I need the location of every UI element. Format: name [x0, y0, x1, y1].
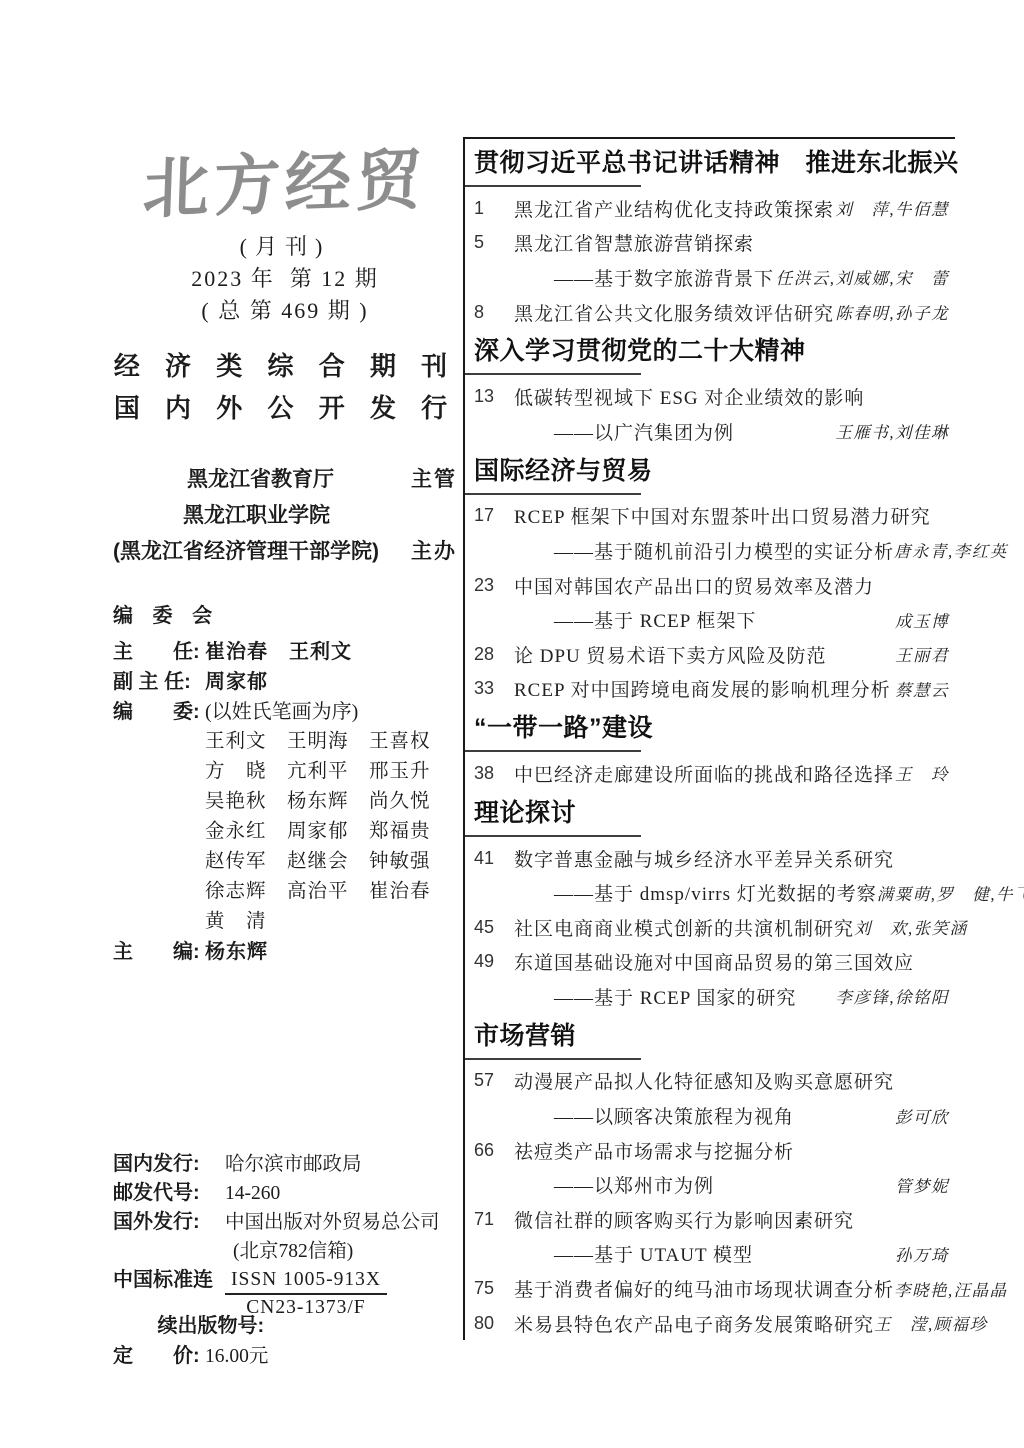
- toc-section-entries: 17 RCEP 框架下中国对东盟茶叶出口贸易潜力研究 ——基于随机前沿引力模型的…: [474, 499, 949, 707]
- toc-entry-title: ——以广汽集团为例: [514, 418, 734, 445]
- editorial-member-name: 钟敏强: [369, 847, 451, 877]
- toc-entry-title: ——基于 RCEP 国家的研究: [514, 983, 796, 1010]
- toc-entry: ——基于随机前沿引力模型的实证分析 唐永青,李红英: [474, 533, 949, 568]
- price-label: 定 价:: [113, 1342, 205, 1371]
- toc-entry-title: 黑龙江省公共文化服务绩效评估研究: [514, 299, 834, 326]
- editorial-members-note: (以姓氏笔画为序): [205, 697, 358, 727]
- toc-entry: 41 数字普惠金融与城乡经济水平差异关系研究: [474, 841, 949, 876]
- toc-entry: ——基于 UTAUT 模型 孙万琦: [474, 1237, 949, 1272]
- organizer-alt-row: (黑龙江省经济管理干部学院) 主办: [113, 534, 457, 570]
- toc-section-underline: [465, 487, 641, 495]
- toc-entry: 23 中国对韩国农产品出口的贸易效率及潜力: [474, 568, 949, 603]
- toc-entry-authors: 王雁书,刘佳琳: [835, 419, 949, 443]
- toc-entry: 33 RCEP 对中国跨境电商发展的影响机理分析 蔡慧云: [474, 672, 949, 707]
- toc-entry-authors: 任洪云,刘威娜,宋 蕾: [776, 265, 949, 289]
- editorial-members-row: 编 委: (以姓氏笔画为序): [113, 697, 457, 727]
- postal-code-label: 邮发代号:: [113, 1179, 225, 1208]
- editorial-member-name: 金永红: [205, 817, 287, 847]
- toc-entry-title: 低碳转型视域下 ESG 对企业绩效的影响: [514, 383, 864, 410]
- toc-entry: 80 米易县特色农产品电子商务发展策略研究 王 滢,顾福珍: [474, 1306, 949, 1341]
- editorial-member-name: 高治平: [287, 877, 369, 907]
- toc-entry-authors: 刘 萍,牛佰慧: [835, 196, 949, 220]
- toc-entry-title: ——基于随机前沿引力模型的实证分析: [514, 537, 894, 564]
- toc-entry: ——基于 RCEP 框架下 成玉博: [474, 602, 949, 637]
- toc-entry-page-number: 75: [474, 1278, 514, 1299]
- toc-entry-authors: 蔡慧云: [895, 677, 949, 701]
- toc-entry-authors: 王 滢,顾福珍: [874, 1311, 988, 1335]
- journal-logo: 北方经贸: [111, 130, 458, 238]
- domestic-distribution-label: 国内发行:: [113, 1150, 225, 1179]
- editorial-member-row: 赵传军赵继会钟敏强: [205, 847, 457, 877]
- toc-entry-title: 中巴经济走廊建设所面临的挑战和路径选择: [514, 760, 894, 787]
- toc-entry-page-number: 71: [474, 1209, 514, 1230]
- editorial-deputy-label: 副 主 任:: [113, 667, 205, 697]
- editorial-member-name: 郑福贵: [369, 817, 451, 847]
- organizer-alt-name: (黑龙江省经济管理干部学院): [113, 534, 379, 570]
- toc-entry-title: ——基于 RCEP 框架下: [514, 606, 756, 633]
- toc-entry-title: ——基于 UTAUT 模型: [514, 1240, 753, 1267]
- editorial-member-row: 王利文王明海王喜权: [205, 727, 457, 757]
- toc-section-entries: 13 低碳转型视域下 ESG 对企业绩效的影响 ——以广汽集团为例 王雁书,刘佳…: [474, 379, 949, 448]
- editorial-member-name: 周家郁: [287, 817, 369, 847]
- toc-section-underline: [465, 744, 641, 752]
- foreign-distribution-label: 国外发行:: [113, 1208, 225, 1237]
- postal-code-row: 邮发代号: 14-260: [113, 1179, 457, 1208]
- toc-entry-title: 米易县特色农产品电子商务发展策略研究: [514, 1310, 874, 1337]
- toc-section-entries: 38 中巴经济走廊建设所面临的挑战和路径选择 王 玲: [474, 756, 949, 791]
- toc-entry-authors: 管梦妮: [895, 1173, 949, 1197]
- organizer-row: 黑龙江职业学院: [113, 498, 457, 534]
- toc-section: 理论探讨 41 数字普惠金融与城乡经济水平差异关系研究 ——基于 dmsp/vi…: [474, 798, 949, 1014]
- toc-entry-page-number: 49: [474, 951, 514, 972]
- editorial-director-label: 主 任:: [113, 637, 205, 667]
- editorial-chief-row: 主 编: 杨东辉: [113, 937, 457, 967]
- toc-entry: 49 东道国基础设施对中国商品贸易的第三国效应: [474, 945, 949, 980]
- organizer-name: 黑龙江职业学院: [113, 498, 330, 534]
- issn-value: ISSN 1005-913X: [225, 1269, 387, 1295]
- journal-frequency: (月刊): [113, 234, 457, 260]
- editorial-member-name: 赵传军: [205, 847, 287, 877]
- foreign-distribution-address: (北京782信箱): [225, 1237, 353, 1266]
- issue-number: 2023 年 第 12 期: [113, 266, 457, 292]
- supervisor-role: 主管: [411, 462, 457, 498]
- toc-section-title: 贯彻习近平总书记讲话精神 推进东北振兴: [474, 148, 949, 179]
- toc-entry-page-number: 45: [474, 917, 514, 938]
- toc-section-title: “一带一路”建设: [474, 713, 949, 744]
- editorial-director-names: 崔治春 王利文: [205, 637, 352, 667]
- toc-entry: 5 黑龙江省智慧旅游营销探索: [474, 226, 949, 261]
- toc-entry: ——以顾客决策旅程为视角 彭可欣: [474, 1098, 949, 1133]
- toc-entry-title: 东道国基础设施对中国商品贸易的第三国效应: [514, 948, 914, 975]
- publisher-block: 黑龙江省教育厅 主管 黑龙江职业学院 (黑龙江省经济管理干部学院) 主办: [113, 462, 457, 570]
- editorial-member-name: 方 晓: [205, 757, 287, 787]
- toc-entry: ——以郑州市为例 管梦妮: [474, 1167, 949, 1202]
- toc-entry-page-number: 33: [474, 678, 514, 699]
- editorial-board: 编 委 会 主 任: 崔治春 王利文 副 主 任: 周家郁 编 委: (以姓氏笔…: [113, 603, 457, 967]
- toc-entry: 75 基于消费者偏好的纯马油市场现状调查分析 李晓艳,汪晶晶: [474, 1271, 949, 1306]
- toc-section-title: 深入学习贯彻党的二十大精神: [474, 336, 949, 367]
- editorial-member-name: 杨东辉: [287, 787, 369, 817]
- toc-entry: ——基于数字旅游背景下 任洪云,刘威娜,宋 蕾: [474, 260, 949, 295]
- serial-label-line1: 中国标准连: [113, 1269, 213, 1291]
- organizer-role: 主办: [411, 534, 457, 570]
- domestic-distribution-row: 国内发行: 哈尔滨市邮政局: [113, 1150, 457, 1179]
- toc-entry-page-number: 38: [474, 763, 514, 784]
- toc-section: 深入学习贯彻党的二十大精神 13 低碳转型视域下 ESG 对企业绩效的影响 ——…: [474, 336, 949, 448]
- toc-entry-authors: 李晓艳,汪晶晶: [894, 1277, 1008, 1301]
- toc-section: 贯彻习近平总书记讲话精神 推进东北振兴 1 黑龙江省产业结构优化支持政策探索 刘…: [474, 148, 949, 329]
- editorial-chief-name: 杨东辉: [205, 937, 268, 967]
- toc-entry-title: 中国对韩国农产品出口的贸易效率及潜力: [514, 572, 874, 599]
- editorial-member-grid: 王利文王明海王喜权方 晓亢利平邢玉升吴艳秋杨东辉尚久悦金永红周家郁郑福贵赵传军赵…: [205, 727, 457, 937]
- toc-entry-title: RCEP 框架下中国对东盟茶叶出口贸易潜力研究: [514, 502, 931, 529]
- toc: 贯彻习近平总书记讲话精神 推进东北振兴 1 黑龙江省产业结构优化支持政策探索 刘…: [463, 137, 955, 1340]
- editorial-member-row: 黄 清: [205, 907, 457, 937]
- toc-entry-page-number: 17: [474, 505, 514, 526]
- toc-entry: 66 祛痘类产品市场需求与挖掘分析: [474, 1133, 949, 1168]
- journal-tagline-category: 经 济 类 综 合 期 刊: [113, 350, 457, 382]
- toc-entry-title: 祛痘类产品市场需求与挖掘分析: [514, 1137, 794, 1164]
- toc-entry-title: 微信社群的顾客购买行为影响因素研究: [514, 1206, 854, 1233]
- editorial-chief-label: 主 编:: [113, 937, 205, 967]
- toc-section-underline: [465, 1052, 641, 1060]
- toc-entry-authors: 李彦锋,徐铭阳: [835, 984, 949, 1008]
- supervisor-row: 黑龙江省教育厅 主管: [113, 462, 457, 498]
- supervisor-name: 黑龙江省教育厅: [113, 462, 334, 498]
- toc-section-entries: 57 动漫展产品拟人化特征感知及购买意愿研究 ——以顾客决策旅程为视角 彭可欣 …: [474, 1064, 949, 1341]
- toc-entry-authors: 陈春明,孙子龙: [835, 300, 949, 324]
- toc-entry-authors: 王 玲: [895, 761, 949, 785]
- toc-section-title: 理论探讨: [474, 798, 949, 829]
- postal-code-value: 14-260: [225, 1179, 280, 1208]
- editorial-deputy-names: 周家郁: [205, 667, 268, 697]
- editorial-member-name: 赵继会: [287, 847, 369, 877]
- toc-section-entries: 41 数字普惠金融与城乡经济水平差异关系研究 ——基于 dmsp/virrs 灯…: [474, 841, 949, 1014]
- toc-entry-title: 黑龙江省产业结构优化支持政策探索: [514, 195, 834, 222]
- toc-entry: ——以广汽集团为例 王雁书,刘佳琳: [474, 414, 949, 449]
- foreign-distribution-row: 国外发行: 中国出版对外贸易总公司: [113, 1208, 457, 1237]
- toc-entry-title: 动漫展产品拟人化特征感知及购买意愿研究: [514, 1067, 894, 1094]
- foreign-distribution-value: 中国出版对外贸易总公司: [225, 1208, 440, 1237]
- editorial-deputy-row: 副 主 任: 周家郁: [113, 667, 457, 697]
- toc-entry: 71 微信社群的顾客购买行为影响因素研究: [474, 1202, 949, 1237]
- editorial-member-row: 吴艳秋杨东辉尚久悦: [205, 787, 457, 817]
- toc-entry: ——基于 dmsp/virrs 灯光数据的考察 满粟萌,罗 健,牛飞亮: [474, 875, 949, 910]
- toc-entry-authors: 孙万琦: [895, 1242, 949, 1266]
- foreign-distribution-address-row: (北京782信箱): [113, 1237, 457, 1266]
- toc-entry-authors: 成玉博: [895, 608, 949, 632]
- editorial-director-row: 主 任: 崔治春 王利文: [113, 637, 457, 667]
- toc-section-entries: 1 黑龙江省产业结构优化支持政策探索 刘 萍,牛佰慧 5 黑龙江省智慧旅游营销探…: [474, 191, 949, 329]
- toc-section: 国际经济与贸易 17 RCEP 框架下中国对东盟茶叶出口贸易潜力研究 ——基于随…: [474, 456, 949, 707]
- editorial-member-name: 吴艳秋: [205, 787, 287, 817]
- toc-entry-page-number: 1: [474, 198, 514, 219]
- toc-entry-authors: 彭可欣: [895, 1104, 949, 1128]
- toc-entry: 57 动漫展产品拟人化特征感知及购买意愿研究: [474, 1064, 949, 1099]
- toc-entry: 28 论 DPU 贸易术语下卖方风险及防范 王丽君: [474, 637, 949, 672]
- editorial-member-name: 黄 清: [205, 907, 287, 937]
- toc-entry: 38 中巴经济走廊建设所面临的挑战和路径选择 王 玲: [474, 756, 949, 791]
- editorial-member-row: 金永红周家郁郑福贵: [205, 817, 457, 847]
- issue-total-number: ( 总 第 469 期 ): [113, 298, 457, 324]
- toc-entry-authors: 唐永青,李红英: [894, 538, 1008, 562]
- toc-entry-page-number: 23: [474, 575, 514, 596]
- editorial-member-name: 亢利平: [287, 757, 369, 787]
- toc-entry-page-number: 5: [474, 232, 514, 253]
- toc-section: “一带一路”建设 38 中巴经济走廊建设所面临的挑战和路径选择 王 玲: [474, 713, 949, 791]
- editorial-member-name: 王利文: [205, 727, 287, 757]
- toc-entry-title: RCEP 对中国跨境电商发展的影响机理分析: [514, 675, 891, 702]
- toc-entry-title: 基于消费者偏好的纯马油市场现状调查分析: [514, 1275, 894, 1302]
- price-value: 16.00元: [205, 1342, 268, 1371]
- domestic-distribution-value: 哈尔滨市邮政局: [225, 1150, 362, 1179]
- toc-section-title: 国际经济与贸易: [474, 456, 949, 487]
- toc-entry: 17 RCEP 框架下中国对东盟茶叶出口贸易潜力研究: [474, 499, 949, 534]
- toc-entry: 45 社区电商商业模式创新的共演机制研究 刘 欢,张笑涵: [474, 910, 949, 945]
- editorial-member-name: 徐志辉: [205, 877, 287, 907]
- toc-entry: 8 黑龙江省公共文化服务绩效评估研究 陈春明,孙子龙: [474, 295, 949, 330]
- publication-info: 国内发行: 哈尔滨市邮政局 邮发代号: 14-260 国外发行: 中国出版对外贸…: [113, 1150, 457, 1371]
- toc-section-underline: [465, 367, 641, 375]
- toc-entry: ——基于 RCEP 国家的研究 李彦锋,徐铭阳: [474, 979, 949, 1014]
- editorial-board-title: 编 委 会: [113, 603, 457, 629]
- toc-entry-authors: 满粟萌,罗 健,牛飞亮: [877, 881, 1024, 905]
- toc-section-underline: [465, 829, 641, 837]
- serial-number-row: 中国标准连 续出版物号: ISSN 1005-913X CN23-1373/F: [113, 1269, 457, 1338]
- toc-entry-page-number: 80: [474, 1313, 514, 1334]
- editorial-member-name: 邢玉升: [369, 757, 451, 787]
- toc-entry-title: ——以顾客决策旅程为视角: [514, 1102, 794, 1129]
- journal-tagline-distribution: 国 内 外 公 开 发 行: [113, 392, 457, 424]
- toc-entry-page-number: 41: [474, 848, 514, 869]
- editorial-member-name: 王明海: [287, 727, 369, 757]
- toc-entry-title: 论 DPU 贸易术语下卖方风险及防范: [514, 641, 827, 668]
- toc-entry-page-number: 66: [474, 1140, 514, 1161]
- editorial-member-name: 尚久悦: [369, 787, 451, 817]
- editorial-member-name: 王喜权: [369, 727, 451, 757]
- editorial-members-label: 编 委:: [113, 697, 205, 727]
- cn-value: CN23-1373/F: [225, 1295, 387, 1319]
- toc-entry-title: ——以郑州市为例: [514, 1171, 714, 1198]
- toc-entry-title: ——基于 dmsp/virrs 灯光数据的考察: [514, 879, 877, 906]
- toc-entry-page-number: 28: [474, 644, 514, 665]
- editorial-member-name: 崔治春: [369, 877, 451, 907]
- toc-section-underline: [465, 179, 641, 187]
- toc-entry-page-number: 13: [474, 386, 514, 407]
- editorial-member-row: 方 晓亢利平邢玉升: [205, 757, 457, 787]
- toc-entry: 13 低碳转型视域下 ESG 对企业绩效的影响: [474, 379, 949, 414]
- toc-section: 市场营销 57 动漫展产品拟人化特征感知及购买意愿研究 ——以顾客决策旅程为视角…: [474, 1021, 949, 1341]
- masthead: 北方经贸 (月刊) 2023 年 第 12 期 ( 总 第 469 期 ) 经 …: [113, 136, 457, 424]
- journal-contents-page: 北方经贸 (月刊) 2023 年 第 12 期 ( 总 第 469 期 ) 经 …: [0, 0, 1024, 1448]
- toc-entry-page-number: 57: [474, 1070, 514, 1091]
- price-row: 定 价: 16.00元: [113, 1342, 457, 1371]
- editorial-member-row: 徐志辉高治平崔治春: [205, 877, 457, 907]
- toc-entry-title: ——基于数字旅游背景下: [514, 264, 774, 291]
- toc-entry-title: 社区电商商业模式创新的共演机制研究: [514, 914, 854, 941]
- toc-entry-title: 黑龙江省智慧旅游营销探索: [514, 229, 754, 256]
- toc-entry-title: 数字普惠金融与城乡经济水平差异关系研究: [514, 845, 894, 872]
- toc-entry: 1 黑龙江省产业结构优化支持政策探索 刘 萍,牛佰慧: [474, 191, 949, 226]
- toc-entry-page-number: 8: [474, 302, 514, 323]
- toc-entry-authors: 王丽君: [895, 642, 949, 666]
- toc-section-title: 市场营销: [474, 1021, 949, 1052]
- toc-entry-authors: 刘 欢,张笑涵: [854, 915, 968, 939]
